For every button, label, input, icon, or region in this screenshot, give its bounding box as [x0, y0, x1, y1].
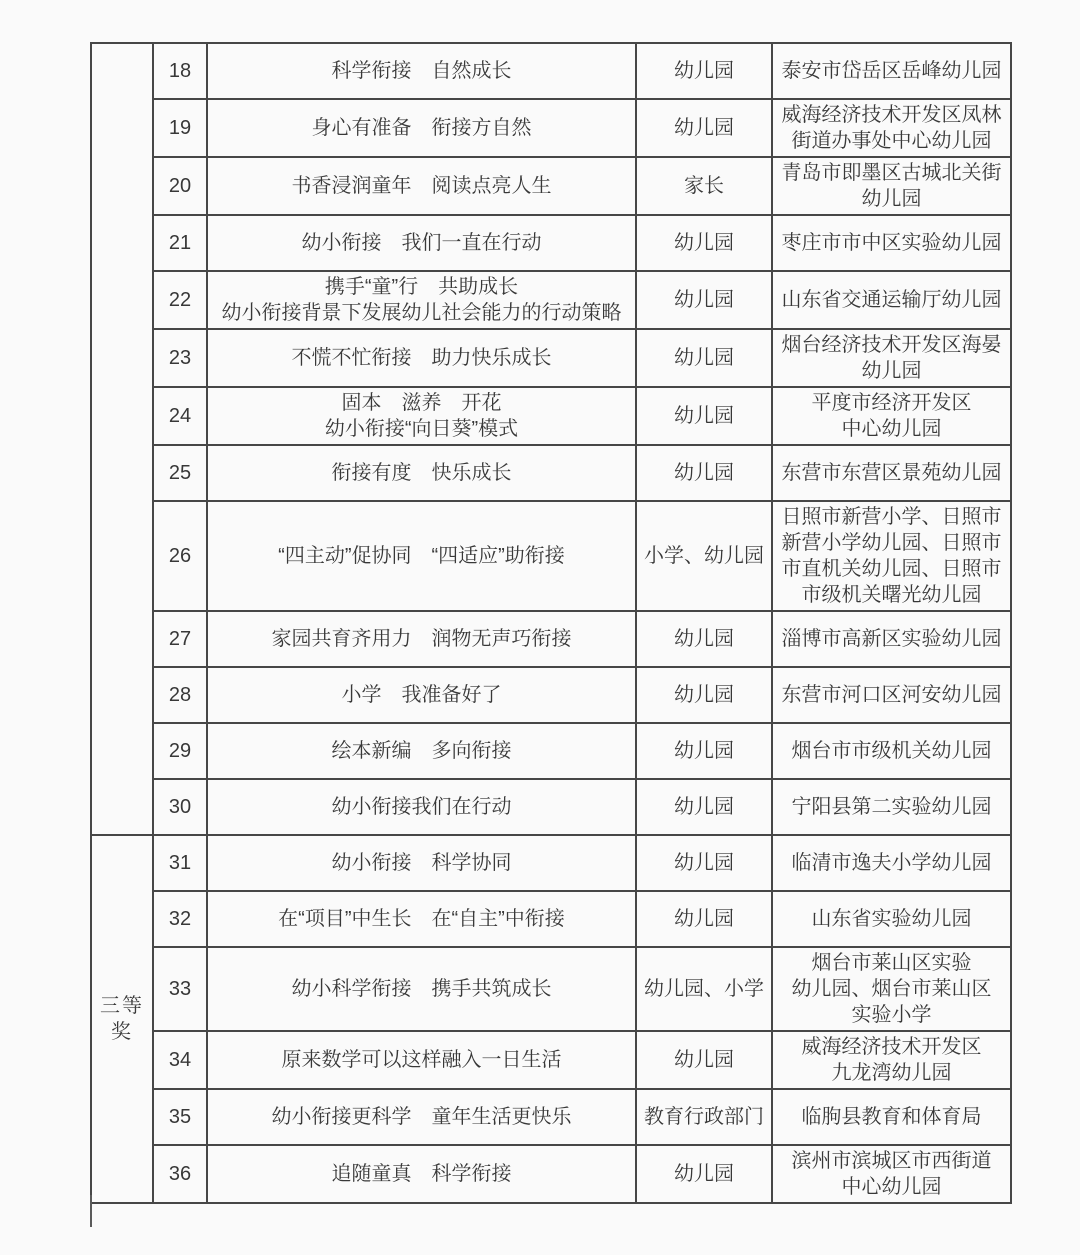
row-number-cell: 34	[153, 1031, 207, 1089]
organization-cell: 烟台经济技术开发区海晏 幼儿园	[772, 329, 1011, 387]
row-number-cell: 18	[153, 43, 207, 99]
table-row: 29绘本新编 多向衔接幼儿园烟台市市级机关幼儿园	[91, 723, 1011, 779]
title-cell: 幼小科学衔接 携手共筑成长	[207, 947, 636, 1031]
title-cell: 科学衔接 自然成长	[207, 43, 636, 99]
organization-cell: 临朐县教育和体育局	[772, 1089, 1011, 1145]
title-cell: 幼小衔接 我们一直在行动	[207, 215, 636, 271]
organization-cell: 临清市逸夫小学幼儿园	[772, 835, 1011, 891]
category-cell: 小学、幼儿园	[636, 501, 772, 611]
organization-cell: 平度市经济开发区 中心幼儿园	[772, 387, 1011, 445]
organization-cell: 威海经济技术开发区凤林 街道办事处中心幼儿园	[772, 99, 1011, 157]
category-cell: 幼儿园	[636, 723, 772, 779]
table-row: 33幼小科学衔接 携手共筑成长幼儿园、小学烟台市莱山区实验 幼儿园、烟台市莱山区…	[91, 947, 1011, 1031]
row-number-cell: 30	[153, 779, 207, 835]
organization-cell: 日照市新营小学、日照市 新营小学幼儿园、日照市 市直机关幼儿园、日照市 市级机关…	[772, 501, 1011, 611]
category-cell: 家长	[636, 157, 772, 215]
table-row: 36追随童真 科学衔接幼儿园滨州市滨城区市西街道 中心幼儿园	[91, 1145, 1011, 1203]
table-row: 24固本 滋养 开花 幼小衔接“向日葵”模式幼儿园平度市经济开发区 中心幼儿园	[91, 387, 1011, 445]
table-row: 20书香浸润童年 阅读点亮人生家长青岛市即墨区古城北关街 幼儿园	[91, 157, 1011, 215]
table-row: 28小学 我准备好了幼儿园东营市河口区河安幼儿园	[91, 667, 1011, 723]
row-number-cell: 24	[153, 387, 207, 445]
row-number-cell: 29	[153, 723, 207, 779]
category-cell: 幼儿园	[636, 43, 772, 99]
row-number-cell: 27	[153, 611, 207, 667]
row-number-cell: 22	[153, 271, 207, 329]
row-number-cell: 35	[153, 1089, 207, 1145]
row-number-cell: 23	[153, 329, 207, 387]
row-number-cell: 28	[153, 667, 207, 723]
category-cell: 幼儿园	[636, 891, 772, 947]
category-cell: 幼儿园	[636, 1145, 772, 1203]
category-cell: 幼儿园	[636, 835, 772, 891]
organization-cell: 滨州市滨城区市西街道 中心幼儿园	[772, 1145, 1011, 1203]
organization-cell: 东营市河口区河安幼儿园	[772, 667, 1011, 723]
title-cell: 小学 我准备好了	[207, 667, 636, 723]
row-number-cell: 31	[153, 835, 207, 891]
table-row: 21幼小衔接 我们一直在行动幼儿园枣庄市市中区实验幼儿园	[91, 215, 1011, 271]
row-number-cell: 32	[153, 891, 207, 947]
organization-cell: 淄博市高新区实验幼儿园	[772, 611, 1011, 667]
table-row: 三等奖31幼小衔接 科学协同幼儿园临清市逸夫小学幼儿园	[91, 835, 1011, 891]
table-row: 30幼小衔接我们在行动幼儿园宁阳县第二实验幼儿园	[91, 779, 1011, 835]
table-row: 23不慌不忙衔接 助力快乐成长幼儿园烟台经济技术开发区海晏 幼儿园	[91, 329, 1011, 387]
table-row: 34原来数学可以这样融入一日生活幼儿园威海经济技术开发区 九龙湾幼儿园	[91, 1031, 1011, 1089]
organization-cell: 烟台市莱山区实验 幼儿园、烟台市莱山区 实验小学	[772, 947, 1011, 1031]
title-cell: 固本 滋养 开花 幼小衔接“向日葵”模式	[207, 387, 636, 445]
title-cell: 携手“童”行 共助成长 幼小衔接背景下发展幼儿社会能力的行动策略	[207, 271, 636, 329]
title-cell: 家园共育齐用力 润物无声巧衔接	[207, 611, 636, 667]
page: 18科学衔接 自然成长幼儿园泰安市岱岳区岳峰幼儿园19身心有准备 衔接方自然幼儿…	[0, 0, 1080, 1255]
category-cell: 幼儿园	[636, 667, 772, 723]
category-cell: 幼儿园	[636, 215, 772, 271]
table-row: 18科学衔接 自然成长幼儿园泰安市岱岳区岳峰幼儿园	[91, 43, 1011, 99]
category-cell: 教育行政部门	[636, 1089, 772, 1145]
award-table: 18科学衔接 自然成长幼儿园泰安市岱岳区岳峰幼儿园19身心有准备 衔接方自然幼儿…	[90, 42, 1012, 1204]
category-cell: 幼儿园	[636, 779, 772, 835]
row-number-cell: 19	[153, 99, 207, 157]
organization-cell: 枣庄市市中区实验幼儿园	[772, 215, 1011, 271]
organization-cell: 烟台市市级机关幼儿园	[772, 723, 1011, 779]
category-cell: 幼儿园	[636, 329, 772, 387]
row-number-cell: 36	[153, 1145, 207, 1203]
table-row: 26“四主动”促协同 “四适应”助衔接小学、幼儿园日照市新营小学、日照市 新营小…	[91, 501, 1011, 611]
organization-cell: 宁阳县第二实验幼儿园	[772, 779, 1011, 835]
page-cut-line-artifact	[90, 1195, 92, 1227]
row-number-cell: 26	[153, 501, 207, 611]
row-number-cell: 21	[153, 215, 207, 271]
category-cell: 幼儿园、小学	[636, 947, 772, 1031]
award-cell: 三等奖	[91, 835, 153, 1203]
category-cell: 幼儿园	[636, 611, 772, 667]
category-cell: 幼儿园	[636, 387, 772, 445]
award-cell	[91, 43, 153, 835]
title-cell: 身心有准备 衔接方自然	[207, 99, 636, 157]
organization-cell: 青岛市即墨区古城北关街 幼儿园	[772, 157, 1011, 215]
organization-cell: 威海经济技术开发区 九龙湾幼儿园	[772, 1031, 1011, 1089]
category-cell: 幼儿园	[636, 445, 772, 501]
title-cell: 幼小衔接 科学协同	[207, 835, 636, 891]
table-row: 27家园共育齐用力 润物无声巧衔接幼儿园淄博市高新区实验幼儿园	[91, 611, 1011, 667]
table-row: 22携手“童”行 共助成长 幼小衔接背景下发展幼儿社会能力的行动策略幼儿园山东省…	[91, 271, 1011, 329]
table-body: 18科学衔接 自然成长幼儿园泰安市岱岳区岳峰幼儿园19身心有准备 衔接方自然幼儿…	[91, 43, 1011, 1203]
title-cell: 在“项目”中生长 在“自主”中衔接	[207, 891, 636, 947]
title-cell: “四主动”促协同 “四适应”助衔接	[207, 501, 636, 611]
organization-cell: 山东省交通运输厅幼儿园	[772, 271, 1011, 329]
category-cell: 幼儿园	[636, 271, 772, 329]
title-cell: 绘本新编 多向衔接	[207, 723, 636, 779]
organization-cell: 东营市东营区景苑幼儿园	[772, 445, 1011, 501]
row-number-cell: 20	[153, 157, 207, 215]
organization-cell: 泰安市岱岳区岳峰幼儿园	[772, 43, 1011, 99]
category-cell: 幼儿园	[636, 1031, 772, 1089]
organization-cell: 山东省实验幼儿园	[772, 891, 1011, 947]
table-row: 25衔接有度 快乐成长幼儿园东营市东营区景苑幼儿园	[91, 445, 1011, 501]
title-cell: 不慌不忙衔接 助力快乐成长	[207, 329, 636, 387]
title-cell: 幼小衔接更科学 童年生活更快乐	[207, 1089, 636, 1145]
title-cell: 衔接有度 快乐成长	[207, 445, 636, 501]
title-cell: 追随童真 科学衔接	[207, 1145, 636, 1203]
table-row: 19身心有准备 衔接方自然幼儿园威海经济技术开发区凤林 街道办事处中心幼儿园	[91, 99, 1011, 157]
table-row: 32在“项目”中生长 在“自主”中衔接幼儿园山东省实验幼儿园	[91, 891, 1011, 947]
row-number-cell: 33	[153, 947, 207, 1031]
category-cell: 幼儿园	[636, 99, 772, 157]
title-cell: 书香浸润童年 阅读点亮人生	[207, 157, 636, 215]
row-number-cell: 25	[153, 445, 207, 501]
table-row: 35幼小衔接更科学 童年生活更快乐教育行政部门临朐县教育和体育局	[91, 1089, 1011, 1145]
title-cell: 幼小衔接我们在行动	[207, 779, 636, 835]
title-cell: 原来数学可以这样融入一日生活	[207, 1031, 636, 1089]
